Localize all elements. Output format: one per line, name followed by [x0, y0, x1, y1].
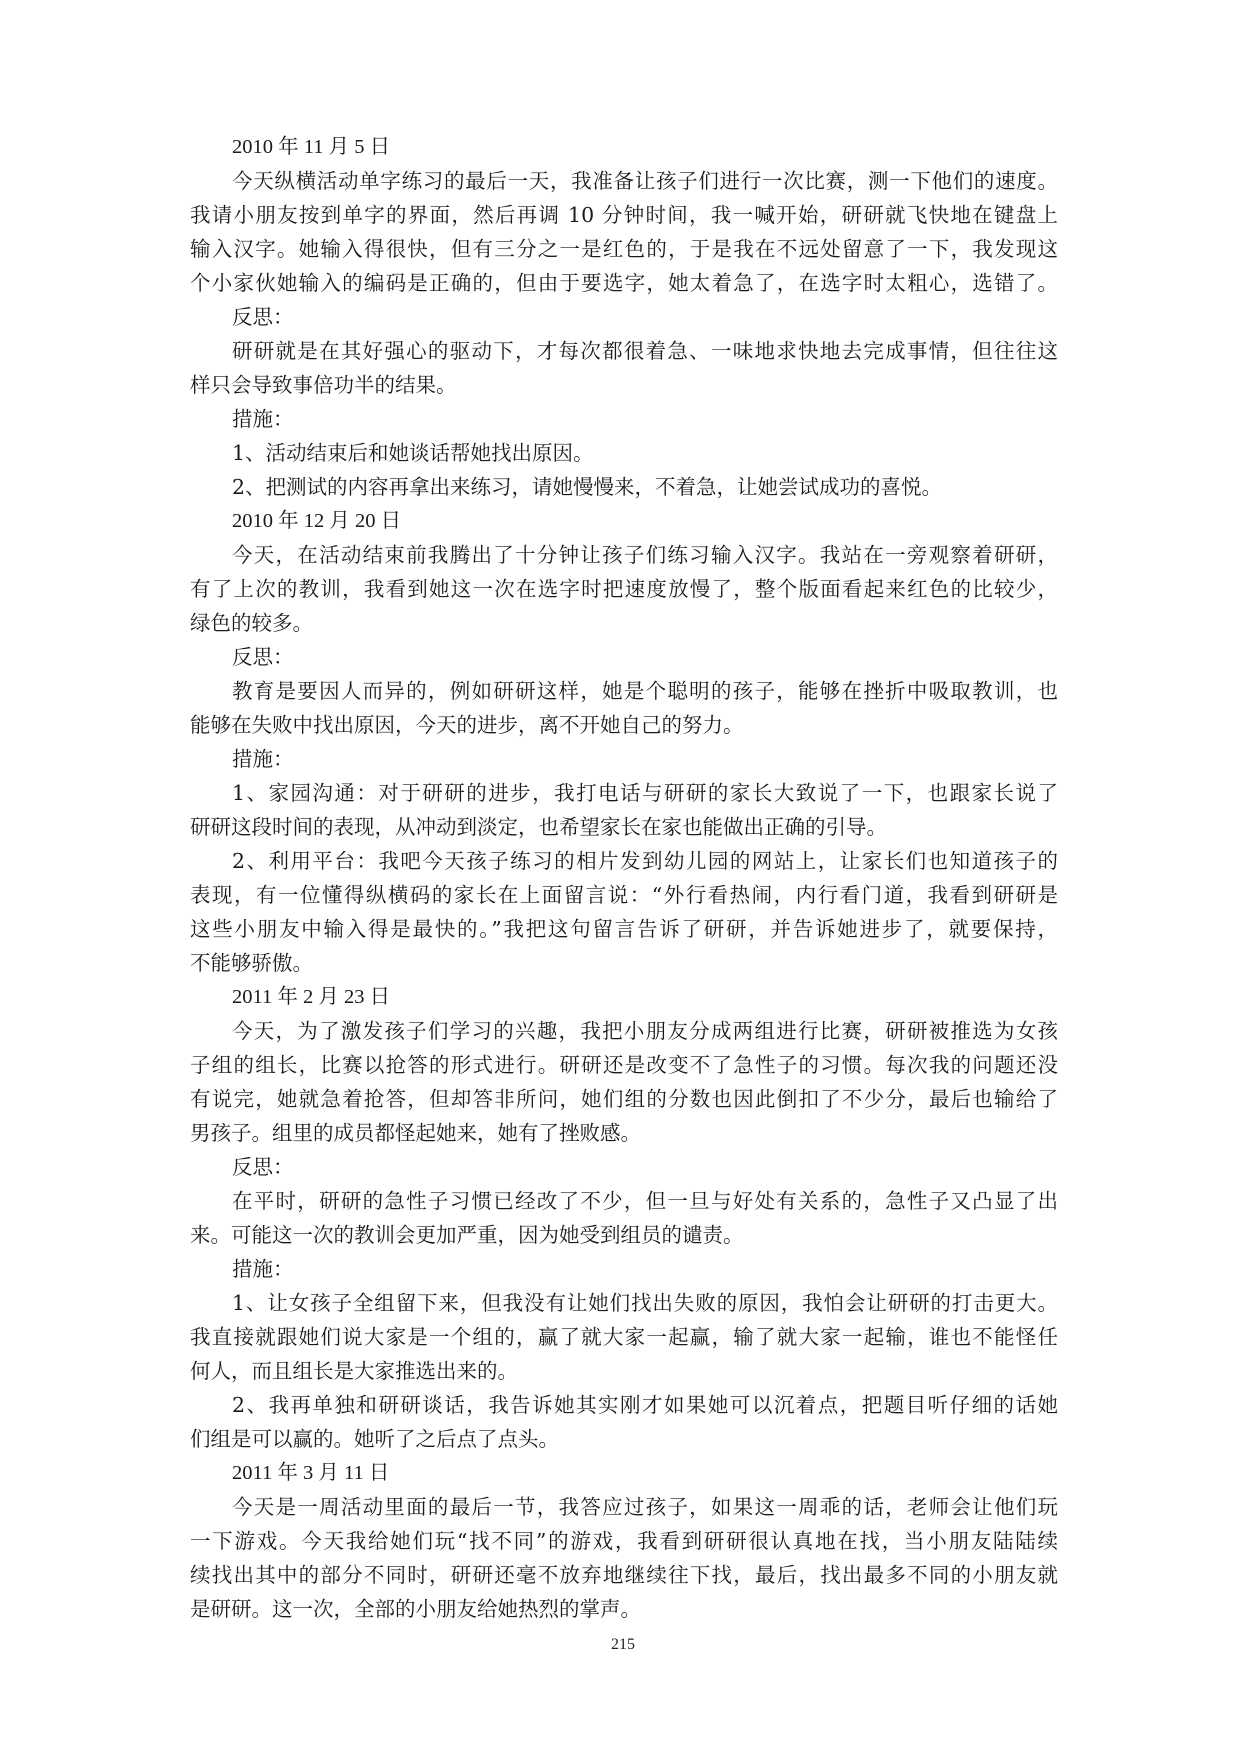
entry-date: 2011 年 3 月 11 日	[190, 1456, 1058, 1490]
paragraph-line: 我请小朋友按到单字的界面，然后再调 10 分钟时间，我一喊开始，研研就飞快地在键…	[190, 198, 1058, 232]
entry-narrative: 今天是一周活动里面的最后一节，我答应过孩子，如果这一周乖的话，老师会让他们玩 一…	[190, 1490, 1058, 1626]
reflection-heading: 反思：	[190, 640, 1058, 674]
journal-entry: 2010 年 11 月 5 日 今天纵横活动单字练习的最后一天，我准备让孩子们进…	[190, 130, 1058, 504]
paragraph-line: 子组的组长，比赛以抢答的形式进行。研研还是改变不了急性子的习惯。每次我的问题还没	[190, 1048, 1058, 1082]
paragraph-line: 绿色的较多。	[190, 606, 1058, 640]
reflection-text: 教育是要因人而异的，例如研研这样，她是个聪明的孩子，能够在挫折中吸取教训，也 能…	[190, 674, 1058, 742]
paragraph-line: 们组是可以赢的。她听了之后点了点头。	[190, 1422, 1058, 1456]
measure-item: 2、把测试的内容再拿出来练习，请她慢慢来，不着急，让她尝试成功的喜悦。	[190, 470, 1058, 504]
paragraph-line: 1、家园沟通：对于研研的进步，我打电话与研研的家长大致说了一下，也跟家长说了	[190, 776, 1058, 810]
entry-narrative: 今天，为了激发孩子们学习的兴趣，我把小朋友分成两组进行比赛，研研被推选为女孩 子…	[190, 1014, 1058, 1150]
entry-date: 2011 年 2 月 23 日	[190, 980, 1058, 1014]
paragraph-line: 是研研。这一次，全部的小朋友给她热烈的掌声。	[190, 1592, 1058, 1626]
paragraph-line: 2、我再单独和研研谈话，我告诉她其实刚才如果她可以沉着点，把题目听仔细的话她	[190, 1388, 1058, 1422]
measure-item: 2、利用平台：我吧今天孩子练习的相片发到幼儿园的网站上，让家长们也知道孩子的 表…	[190, 844, 1058, 980]
paragraph-line: 不能够骄傲。	[190, 946, 1058, 980]
entry-date: 2010 年 12 月 20 日	[190, 504, 1058, 538]
measures-heading: 措施：	[190, 402, 1058, 436]
paragraph-line: 今天是一周活动里面的最后一节，我答应过孩子，如果这一周乖的话，老师会让他们玩	[190, 1490, 1058, 1524]
paragraph-line: 教育是要因人而异的，例如研研这样，她是个聪明的孩子，能够在挫折中吸取教训，也	[190, 674, 1058, 708]
reflection-text: 在平时，研研的急性子习惯已经改了不少，但一旦与好处有关系的，急性子又凸显了出 来…	[190, 1184, 1058, 1252]
journal-entry: 2010 年 12 月 20 日 今天，在活动结束前我腾出了十分钟让孩子们练习输…	[190, 504, 1058, 980]
paragraph-line: 1、让女孩子全组留下来，但我没有让她们找出失败的原因，我怕会让研研的打击更大。	[190, 1286, 1058, 1320]
measures-heading: 措施：	[190, 742, 1058, 776]
measure-item: 2、我再单独和研研谈话，我告诉她其实刚才如果她可以沉着点，把题目听仔细的话她 们…	[190, 1388, 1058, 1456]
paragraph-line: 能够在失败中找出原因，今天的进步，离不开她自己的努力。	[190, 708, 1058, 742]
entry-date: 2010 年 11 月 5 日	[190, 130, 1058, 164]
reflection-heading: 反思：	[190, 300, 1058, 334]
paragraph-line: 有说完，她就急着抢答，但却答非所问，她们组的分数也因此倒扣了不少分，最后也输给了	[190, 1082, 1058, 1116]
entry-narrative: 今天，在活动结束前我腾出了十分钟让孩子们练习输入汉字。我站在一旁观察着研研， 有…	[190, 538, 1058, 640]
document-page: 2010 年 11 月 5 日 今天纵横活动单字练习的最后一天，我准备让孩子们进…	[190, 130, 1058, 1626]
paragraph-line: 个小家伙她输入的编码是正确的，但由于要选字，她太着急了，在选字时太粗心，选错了。	[190, 266, 1058, 300]
paragraph-line: 研研这段时间的表现，从冲动到淡定，也希望家长在家也能做出正确的引导。	[190, 810, 1058, 844]
paragraph-line: 续找出其中的部分不同时，研研还毫不放弃地继续往下找，最后，找出最多不同的小朋友就	[190, 1558, 1058, 1592]
paragraph-line: 一下游戏。今天我给她们玩“找不同”的游戏，我看到研研很认真地在找，当小朋友陆陆续	[190, 1524, 1058, 1558]
measures-list: 1、活动结束后和她谈话帮她找出原因。 2、把测试的内容再拿出来练习，请她慢慢来，…	[190, 436, 1058, 504]
paragraph-line: 表现，有一位懂得纵横码的家长在上面留言说：“外行看热闹，内行看门道，我看到研研是	[190, 878, 1058, 912]
paragraph-line: 样只会导致事倍功半的结果。	[190, 368, 1058, 402]
paragraph-line: 这些小朋友中输入得是最快的。”我把这句留言告诉了研研，并告诉她进步了，就要保持，	[190, 912, 1058, 946]
paragraph-line: 我直接就跟她们说大家是一个组的，赢了就大家一起赢，输了就大家一起输，谁也不能怪任	[190, 1320, 1058, 1354]
paragraph-line: 今天纵横活动单字练习的最后一天，我准备让孩子们进行一次比赛，测一下他们的速度。	[190, 164, 1058, 198]
reflection-text: 研研就是在其好强心的驱动下，才每次都很着急、一味地求快地去完成事情，但往往这 样…	[190, 334, 1058, 402]
measures-heading: 措施：	[190, 1252, 1058, 1286]
paragraph-line: 今天，在活动结束前我腾出了十分钟让孩子们练习输入汉字。我站在一旁观察着研研，	[190, 538, 1058, 572]
paragraph-line: 在平时，研研的急性子习惯已经改了不少，但一旦与好处有关系的，急性子又凸显了出	[190, 1184, 1058, 1218]
measure-item: 1、家园沟通：对于研研的进步，我打电话与研研的家长大致说了一下，也跟家长说了 研…	[190, 776, 1058, 844]
measures-list: 1、让女孩子全组留下来，但我没有让她们找出失败的原因，我怕会让研研的打击更大。 …	[190, 1286, 1058, 1456]
measure-item: 1、让女孩子全组留下来，但我没有让她们找出失败的原因，我怕会让研研的打击更大。 …	[190, 1286, 1058, 1388]
measures-list: 1、家园沟通：对于研研的进步，我打电话与研研的家长大致说了一下，也跟家长说了 研…	[190, 776, 1058, 980]
paragraph-line: 研研就是在其好强心的驱动下，才每次都很着急、一味地求快地去完成事情，但往往这	[190, 334, 1058, 368]
entry-narrative: 今天纵横活动单字练习的最后一天，我准备让孩子们进行一次比赛，测一下他们的速度。 …	[190, 164, 1058, 300]
paragraph-line: 男孩子。组里的成员都怪起她来，她有了挫败感。	[190, 1116, 1058, 1150]
paragraph-line: 何人，而且组长是大家推选出来的。	[190, 1354, 1058, 1388]
paragraph-line: 2、利用平台：我吧今天孩子练习的相片发到幼儿园的网站上，让家长们也知道孩子的	[190, 844, 1058, 878]
page-number: 215	[0, 1636, 1246, 1654]
paragraph-line: 输入汉字。她输入得很快，但有三分之一是红色的，于是我在不远处留意了一下，我发现这	[190, 232, 1058, 266]
reflection-heading: 反思：	[190, 1150, 1058, 1184]
paragraph-line: 今天，为了激发孩子们学习的兴趣，我把小朋友分成两组进行比赛，研研被推选为女孩	[190, 1014, 1058, 1048]
paragraph-line: 有了上次的教训，我看到她这一次在选字时把速度放慢了，整个版面看起来红色的比较少，	[190, 572, 1058, 606]
journal-entry: 2011 年 3 月 11 日 今天是一周活动里面的最后一节，我答应过孩子，如果…	[190, 1456, 1058, 1626]
measure-item: 1、活动结束后和她谈话帮她找出原因。	[190, 436, 1058, 470]
journal-entry: 2011 年 2 月 23 日 今天，为了激发孩子们学习的兴趣，我把小朋友分成两…	[190, 980, 1058, 1456]
paragraph-line: 来。可能这一次的教训会更加严重，因为她受到组员的谴责。	[190, 1218, 1058, 1252]
